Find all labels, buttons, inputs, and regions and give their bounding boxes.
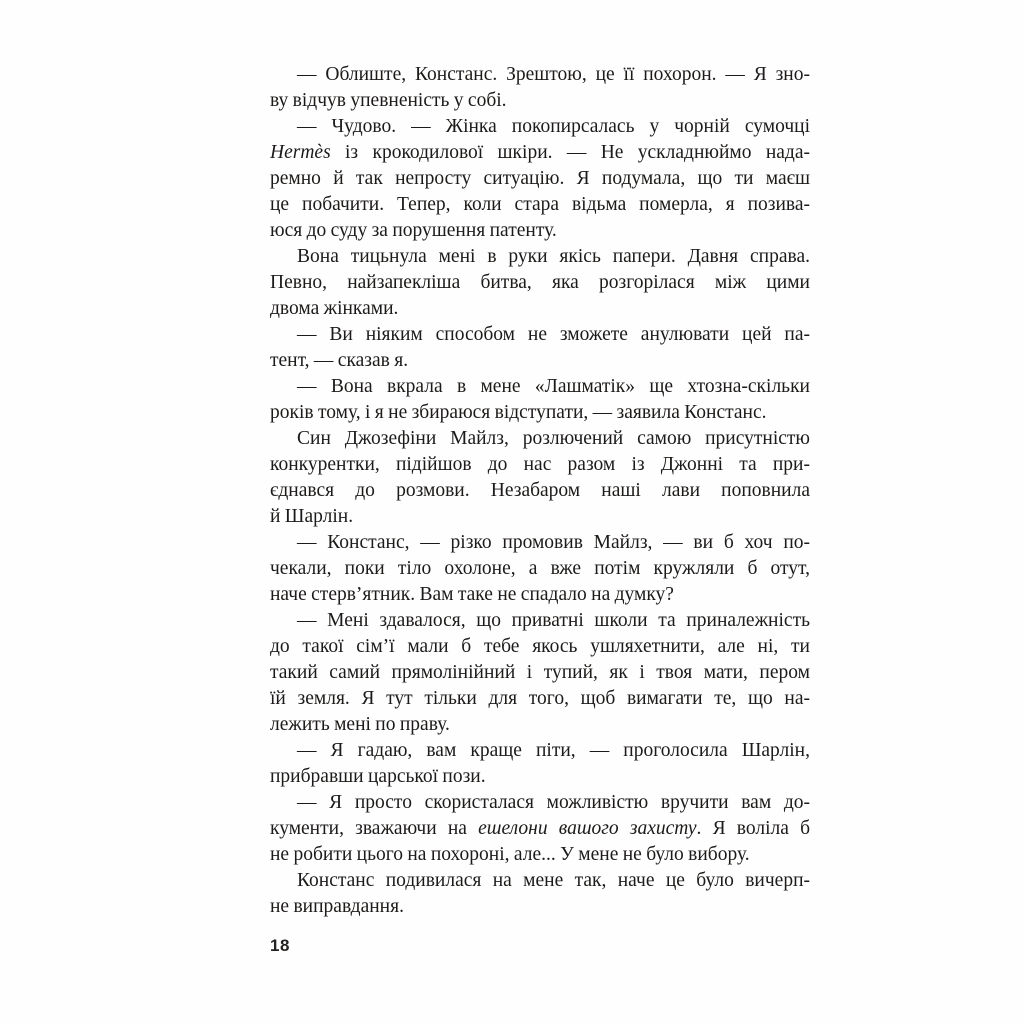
- text-segment: ремно й так непросту ситуацію. Я подумал…: [270, 168, 810, 189]
- text-line: Констанс подивилася на мене так, наче це…: [270, 868, 810, 894]
- text-line: — Вона вкрала в мене «Лашматік» ще хтозн…: [270, 374, 810, 400]
- text-segment: . Я воліла б: [697, 818, 810, 839]
- text-segment: юся до суду за порушення патенту.: [270, 220, 557, 241]
- text-segment: це побачити. Тепер, коли стара відьма по…: [270, 194, 810, 215]
- text-segment: лежить мені по праву.: [270, 714, 450, 735]
- text-segment: Син Джозефіни Майлз, розлючений самою пр…: [297, 428, 810, 449]
- text-line: Hermès із крокодилової шкіри. — Не ускла…: [270, 140, 810, 166]
- text-segment: чекали, поки тіло охолоне, а вже потім к…: [270, 558, 810, 579]
- text-line: кументи, зважаючи на ешелони вашого захи…: [270, 816, 810, 842]
- text-segment: до такої сім’ї мали б тебе якось ушляхет…: [270, 636, 810, 657]
- text-segment: ву відчув упевненість у собі.: [270, 90, 507, 111]
- text-line: їй земля. Я тут тільки для того, щоб вим…: [270, 686, 810, 712]
- page-number: 18: [270, 936, 290, 956]
- text-line: — Я гадаю, вам краще піти, — проголосила…: [270, 738, 810, 764]
- paragraph: Констанс подивилася на мене так, наче це…: [270, 868, 810, 920]
- text-line: — Чудово. — Жінка покопирсалась у чорній…: [270, 114, 810, 140]
- text-segment: — Ви ніяким способом не зможете анулюват…: [297, 324, 810, 345]
- text-line: — Мені здавалося, що приватні школи та п…: [270, 608, 810, 634]
- text-segment: кументи, зважаючи на: [270, 818, 478, 839]
- text-line: двома жінками.: [270, 296, 810, 322]
- text-segment: — Я гадаю, вам краще піти, — проголосила…: [297, 740, 810, 761]
- italic-text-segment: Hermès: [270, 142, 331, 163]
- paragraph: — Я гадаю, вам краще піти, — проголосила…: [270, 738, 810, 790]
- text-segment: із крокодилової шкіри. — Не ускладнюймо …: [331, 142, 810, 163]
- text-segment: конкурентки, підійшов до нас разом із Дж…: [270, 454, 810, 475]
- paragraph: — Вона вкрала в мене «Лашматік» ще хтозн…: [270, 374, 810, 426]
- text-segment: — Вона вкрала в мене «Лашматік» ще хтозн…: [297, 376, 810, 397]
- text-line: — Констанс, — різко промовив Майлз, — ви…: [270, 530, 810, 556]
- paragraph: Син Джозефіни Майлз, розлючений самою пр…: [270, 426, 810, 530]
- text-line: ремно й так непросту ситуацію. Я подумал…: [270, 166, 810, 192]
- text-line: лежить мені по праву.: [270, 712, 810, 738]
- paragraph: — Я просто скористалася можливістю вручи…: [270, 790, 810, 868]
- text-segment: років тому, і я не збираюся відступати, …: [270, 402, 767, 423]
- text-line: не виправдання.: [270, 894, 810, 920]
- text-segment: й Шарлін.: [270, 506, 353, 527]
- text-segment: Констанс подивилася на мене так, наче це…: [297, 870, 810, 891]
- text-line: юся до суду за порушення патенту.: [270, 218, 810, 244]
- text-segment: — Чудово. — Жінка покопирсалась у чорній…: [297, 116, 810, 137]
- text-line: не робити цього на похороні, але... У ме…: [270, 842, 810, 868]
- text-segment: — Облиште, Констанс. Зрештою, це її похо…: [297, 64, 810, 85]
- text-segment: — Мені здавалося, що приватні школи та п…: [297, 610, 810, 631]
- text-segment: двома жінками.: [270, 298, 398, 319]
- text-segment: наче стерв’ятник. Вам таке не спадало на…: [270, 584, 674, 605]
- text-line: конкурентки, підійшов до нас разом із Дж…: [270, 452, 810, 478]
- paragraph: — Констанс, — різко промовив Майлз, — ви…: [270, 530, 810, 608]
- text-line: чекали, поки тіло охолоне, а вже потім к…: [270, 556, 810, 582]
- text-line: ву відчув упевненість у собі.: [270, 88, 810, 114]
- text-line: — Я просто скористалася можливістю вручи…: [270, 790, 810, 816]
- paragraph: — Чудово. — Жінка покопирсалась у чорній…: [270, 114, 810, 244]
- text-line: прибравши царської пози.: [270, 764, 810, 790]
- text-segment: прибравши царської пози.: [270, 766, 486, 787]
- text-line: Син Джозефіни Майлз, розлючений самою пр…: [270, 426, 810, 452]
- text-segment: їй земля. Я тут тільки для того, щоб вим…: [270, 688, 810, 709]
- book-page: — Облиште, Констанс. Зрештою, це її похо…: [0, 0, 1024, 1024]
- text-segment: тент, — сказав я.: [270, 350, 408, 371]
- text-line: тент, — сказав я.: [270, 348, 810, 374]
- text-line: це побачити. Тепер, коли стара відьма по…: [270, 192, 810, 218]
- text-line: — Облиште, Констанс. Зрештою, це її похо…: [270, 62, 810, 88]
- text-line: такий самий прямолінійний і тупий, як і …: [270, 660, 810, 686]
- text-block: — Облиште, Констанс. Зрештою, це її похо…: [270, 62, 810, 920]
- text-line: й Шарлін.: [270, 504, 810, 530]
- paragraph: Вона тицьнула мені в руки якісь папери. …: [270, 244, 810, 322]
- text-segment: Певно, найзапекліша битва, яка розгоріла…: [270, 272, 810, 293]
- paragraph: — Мені здавалося, що приватні школи та п…: [270, 608, 810, 738]
- text-line: Вона тицьнула мені в руки якісь папери. …: [270, 244, 810, 270]
- text-segment: — Я просто скористалася можливістю вручи…: [297, 792, 810, 813]
- text-segment: єднався до розмови. Незабаром наші лави …: [270, 480, 810, 501]
- text-segment: Вона тицьнула мені в руки якісь папери. …: [297, 246, 810, 267]
- text-segment: не виправдання.: [270, 896, 404, 917]
- text-line: єднався до розмови. Незабаром наші лави …: [270, 478, 810, 504]
- text-segment: такий самий прямолінійний і тупий, як і …: [270, 662, 810, 683]
- text-line: Певно, найзапекліша битва, яка розгоріла…: [270, 270, 810, 296]
- paragraph: — Облиште, Констанс. Зрештою, це її похо…: [270, 62, 810, 114]
- text-line: років тому, і я не збираюся відступати, …: [270, 400, 810, 426]
- text-line: — Ви ніяким способом не зможете анулюват…: [270, 322, 810, 348]
- text-line: наче стерв’ятник. Вам таке не спадало на…: [270, 582, 810, 608]
- text-segment: не робити цього на похороні, але... У ме…: [270, 844, 750, 865]
- paragraph: — Ви ніяким способом не зможете анулюват…: [270, 322, 810, 374]
- text-line: до такої сім’ї мали б тебе якось ушляхет…: [270, 634, 810, 660]
- italic-text-segment: ешелони вашого захисту: [478, 818, 696, 839]
- text-segment: — Констанс, — різко промовив Майлз, — ви…: [297, 532, 810, 553]
